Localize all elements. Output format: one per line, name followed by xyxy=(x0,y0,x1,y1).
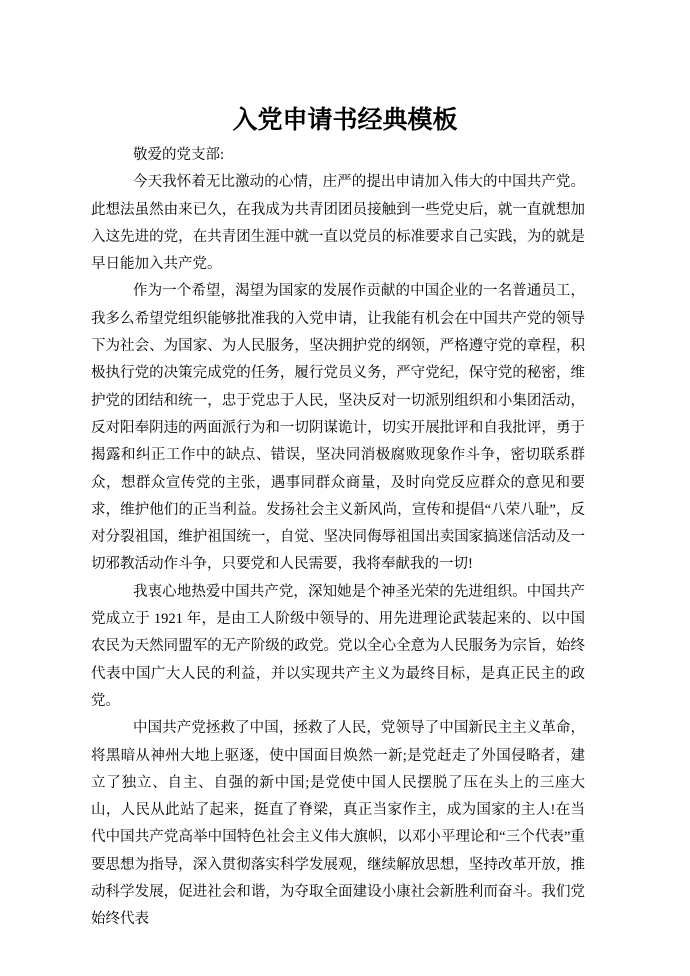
paragraph-4: 中国共产党拯救了中国，拯救了人民，党领导了中国新民主主义革命，将黑暗从神州大地上… xyxy=(91,715,585,933)
paragraph-3: 我衷心地热爱中国共产党，深知她是个神圣光荣的先进组织。中国共产党成立于 1921… xyxy=(91,579,585,715)
paragraph-1: 今天我怀着无比激动的心情，庄严的提出申请加入伟大的中国共产党。此想法虽然由来已久… xyxy=(91,169,585,278)
page-title: 入党申请书经典模板 xyxy=(0,105,690,136)
document-body: 敬爱的党支部: 今天我怀着无比激动的心情，庄严的提出申请加入伟大的中国共产党。此… xyxy=(91,142,585,934)
paragraph-2: 作为一个希望，渴望为国家的发展作贡献的中国企业的一名普通员工，我多么希望党组织能… xyxy=(91,278,585,578)
document-page: 入党申请书经典模板 敬爱的党支部: 今天我怀着无比激动的心情，庄严的提出申请加入… xyxy=(0,0,690,976)
salutation: 敬爱的党支部: xyxy=(91,142,585,169)
